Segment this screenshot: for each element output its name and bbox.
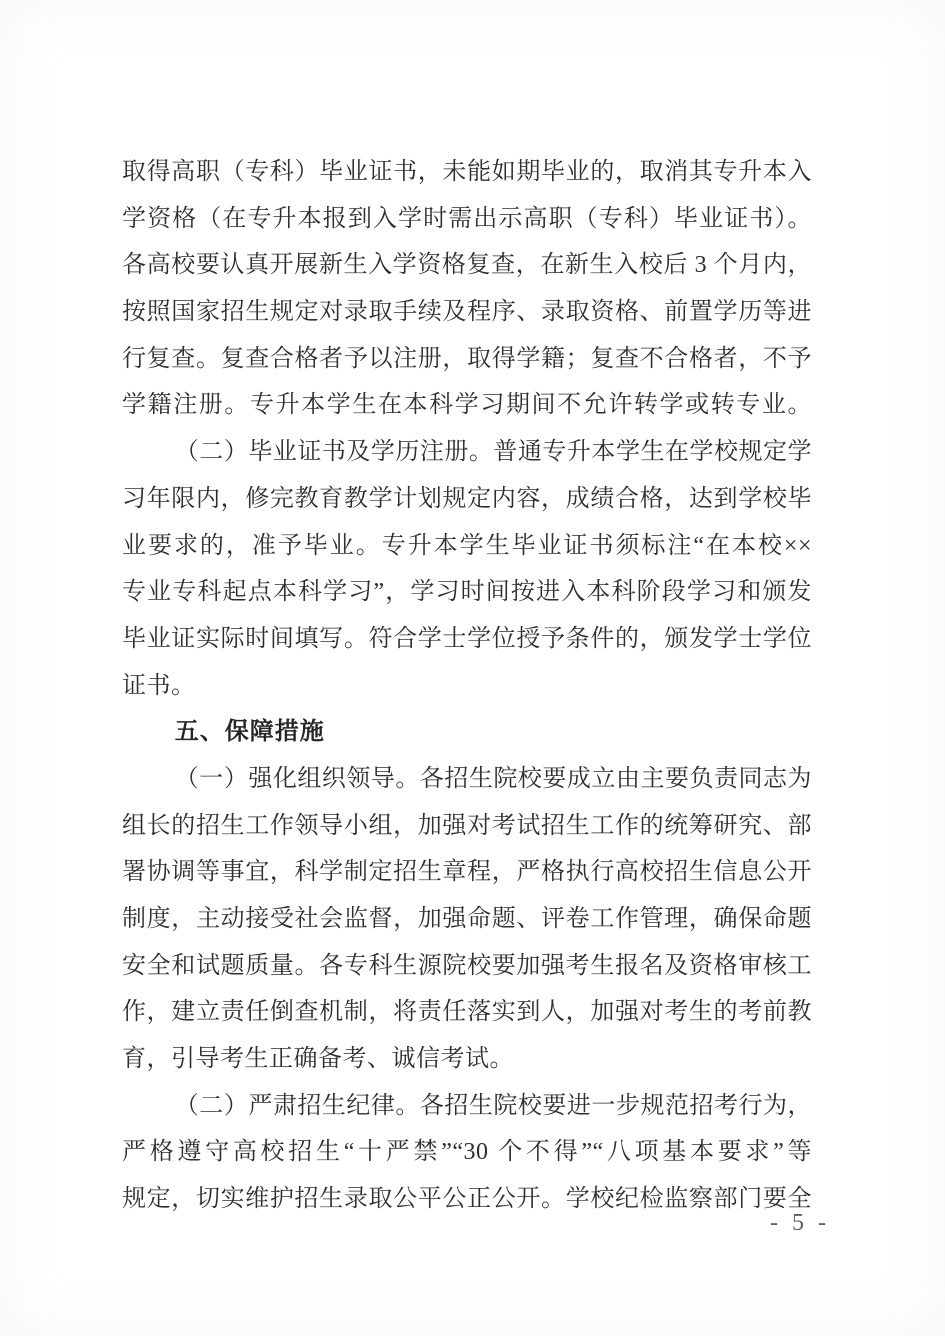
text-line: 学籍注册。专升本学生在本科学习期间不允许转学或转专业。 — [122, 382, 812, 429]
text-line: 毕业证实际时间填写。符合学士学位授予条件的，颁发学士学位 — [122, 616, 812, 663]
paragraph-end-line: 育，引导考生正确备考、诚信考试。 — [122, 1036, 812, 1083]
section-heading: 五、保障措施 — [122, 709, 812, 756]
paragraph-start-line: （二）毕业证书及学历注册。普通专升本学生在学校规定学 — [122, 429, 812, 476]
paragraph-start-line: （一）强化组织领导。各招生院校要成立由主要负责同志为 — [122, 756, 812, 803]
document-text-block: 取得高职（专科）毕业证书，未能如期毕业的，取消其专升本入 学资格（在专升本报到入… — [122, 149, 812, 1223]
text-line: 严格遵守高校招生“十严禁”“30 个不得”“八项基本要求”等 — [122, 1129, 812, 1176]
text-line: 作，建立责任倒查机制，将责任落实到人，加强对考生的考前教 — [122, 989, 812, 1036]
text-line: 安全和试题质量。各专科生源院校要加强考生报名及资格审核工 — [122, 943, 812, 990]
text-line: 习年限内，修完教育教学计划规定内容，成绩合格，达到学校毕 — [122, 476, 812, 523]
text-line: 组长的招生工作领导小组，加强对考试招生工作的统筹研究、部 — [122, 803, 812, 850]
text-line: 规定，切实维护招生录取公平公正公开。学校纪检监察部门要全 — [122, 1176, 812, 1223]
text-line: 行复查。复查合格者予以注册，取得学籍；复查不合格者，不予 — [122, 336, 812, 383]
text-line: 专业专科起点本科学习”，学习时间按进入本科阶段学习和颁发 — [122, 569, 812, 616]
page-number: - 5 - — [770, 1205, 830, 1241]
text-line: 取得高职（专科）毕业证书，未能如期毕业的，取消其专升本入 — [122, 149, 812, 196]
paragraph-end-line: 证书。 — [122, 663, 812, 710]
paragraph-start-line: （二）严肃招生纪律。各招生院校要进一步规范招考行为， — [122, 1083, 812, 1130]
text-line: 业要求的，准予毕业。专升本学生毕业证书须标注“在本校×× — [122, 523, 812, 570]
text-line: 制度，主动接受社会监督，加强命题、评卷工作管理，确保命题 — [122, 896, 812, 943]
scanned-document-page: 取得高职（专科）毕业证书，未能如期毕业的，取消其专升本入 学资格（在专升本报到入… — [0, 0, 945, 1336]
text-line: 学资格（在专升本报到入学时需出示高职（专科）毕业证书）。 — [122, 196, 812, 243]
text-line: 署协调等事宜，科学制定招生章程，严格执行高校招生信息公开 — [122, 849, 812, 896]
text-line: 按照国家招生规定对录取手续及程序、录取资格、前置学历等进 — [122, 289, 812, 336]
text-line: 各高校要认真开展新生入学资格复查，在新生入校后 3 个月内， — [122, 242, 812, 289]
